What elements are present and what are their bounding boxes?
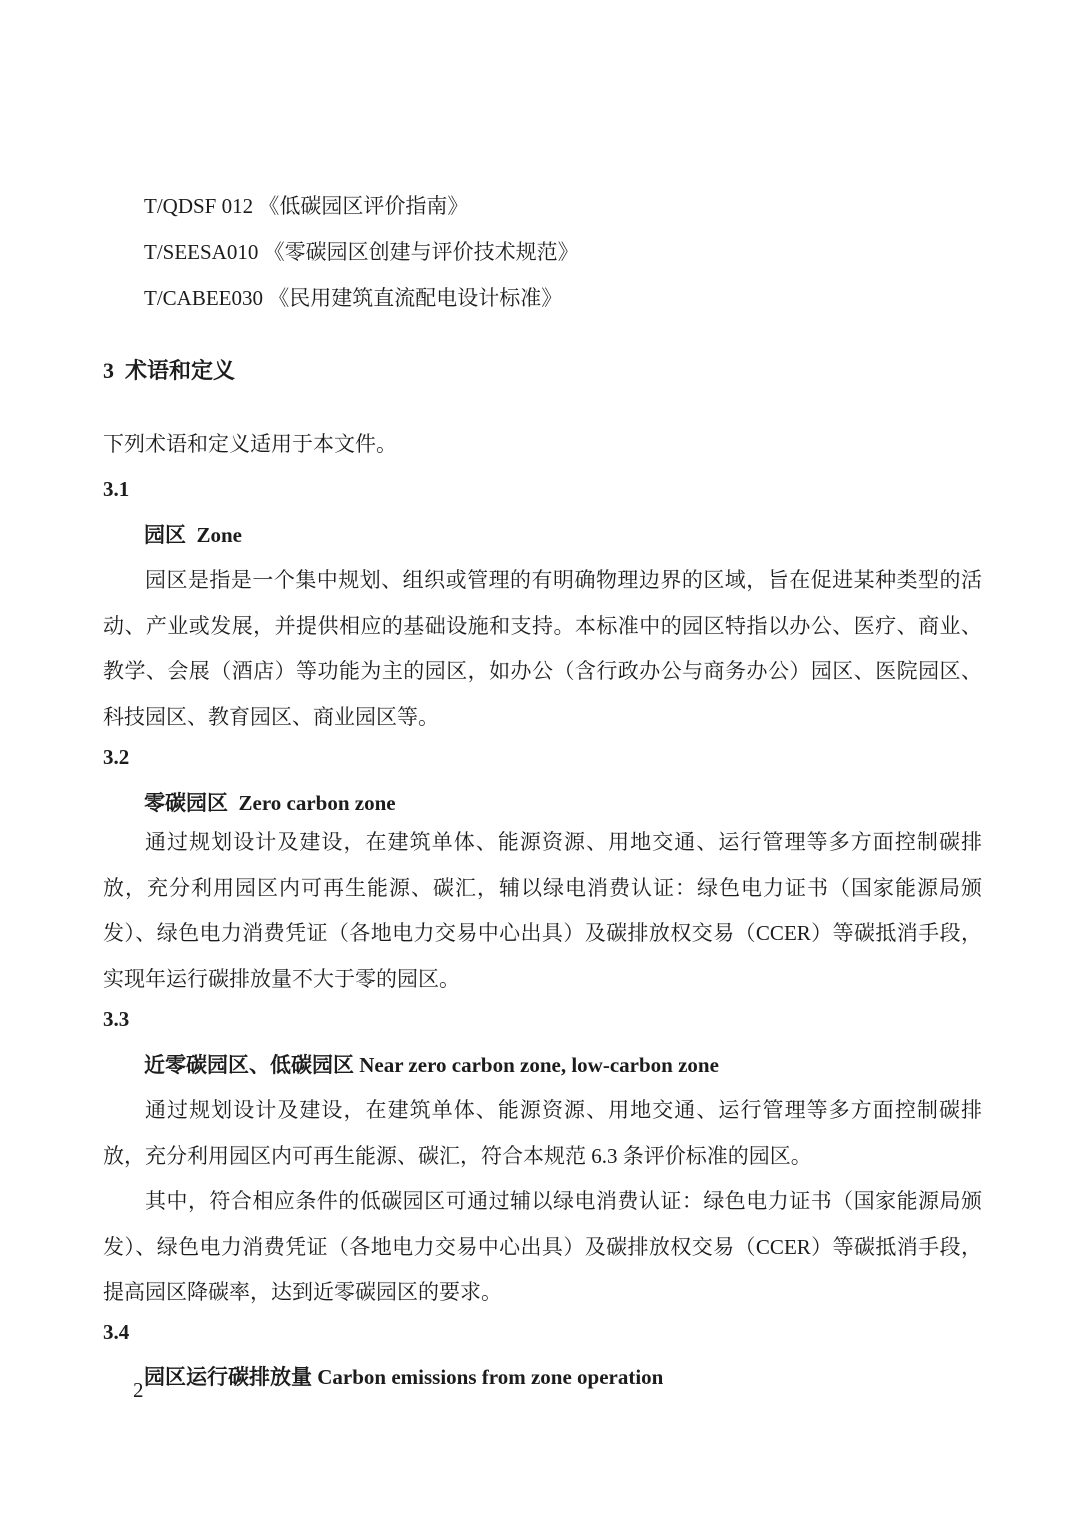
term-block-3-1: 3.1 园区 Zone 园区是指是一个集中规划、组织或管理的有明确物理边界的区域… <box>103 467 982 740</box>
reference-item: T/SEESA010 《零碳园区创建与评价技术规范》 <box>144 229 982 275</box>
term-number: 3.1 <box>103 467 982 513</box>
page-number: 2 <box>133 1368 144 1413</box>
reference-title: 《低碳园区评价指南》 <box>258 194 468 218</box>
page-content: T/QDSF 012 《低碳园区评价指南》 T/SEESA010 《零碳园区创建… <box>103 183 982 1401</box>
term-number: 3.3 <box>103 997 982 1043</box>
section-intro: 下列术语和定义适用于本文件。 <box>103 421 982 467</box>
term-definition-paragraph: 园区是指是一个集中规划、组织或管理的有明确物理边界的区域，旨在促进某种类型的活动… <box>103 558 982 740</box>
section-heading: 3 术语和定义 <box>103 348 982 394</box>
term-title: 园区 Zone <box>144 513 982 559</box>
reference-title: 《零碳园区创建与评价技术规范》 <box>264 240 579 264</box>
term-title: 园区运行碳排放量 Carbon emissions from zone oper… <box>144 1355 982 1401</box>
term-definition-paragraph: 通过规划设计及建设，在建筑单体、能源资源、用地交通、运行管理等多方面控制碳排放，… <box>103 820 982 1002</box>
term-block-3-2: 3.2 零碳园区 Zero carbon zone 通过规划设计及建设，在建筑单… <box>103 735 982 1002</box>
reference-code: T/SEESA010 <box>144 229 258 275</box>
term-number: 3.4 <box>103 1310 982 1356</box>
reference-list: T/QDSF 012 《低碳园区评价指南》 T/SEESA010 《零碳园区创建… <box>144 183 982 321</box>
term-title: 近零碳园区、低碳园区 Near zero carbon zone, low-ca… <box>144 1043 982 1089</box>
reference-item: T/QDSF 012 《低碳园区评价指南》 <box>144 183 982 229</box>
document-page: T/QDSF 012 《低碳园区评价指南》 T/SEESA010 《零碳园区创建… <box>0 0 1080 1527</box>
term-number: 3.2 <box>103 735 982 781</box>
reference-title: 《民用建筑直流配电设计标准》 <box>268 286 562 310</box>
term-definition-paragraph: 通过规划设计及建设，在建筑单体、能源资源、用地交通、运行管理等多方面控制碳排放，… <box>103 1088 982 1179</box>
reference-item: T/CABEE030 《民用建筑直流配电设计标准》 <box>144 275 982 321</box>
reference-code: T/CABEE030 <box>144 275 263 321</box>
term-block-3-4: 3.4 园区运行碳排放量 Carbon emissions from zone … <box>103 1310 982 1401</box>
term-block-3-3: 3.3 近零碳园区、低碳园区 Near zero carbon zone, lo… <box>103 997 982 1316</box>
reference-code: T/QDSF 012 <box>144 183 253 229</box>
term-definition-paragraph: 其中，符合相应条件的低碳园区可通过辅以绿电消费认证：绿色电力证书（国家能源局颁发… <box>103 1179 982 1316</box>
